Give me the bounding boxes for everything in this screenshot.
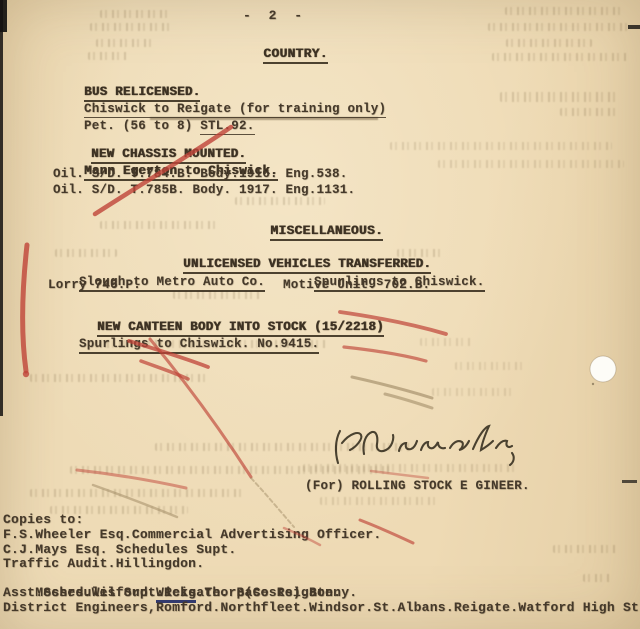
bleed-through-smudge: [70, 466, 390, 474]
bleed-through-smudge: [303, 464, 519, 472]
for-rolling-stock-engineer-line: (For) ROLLING STOCK E GINEER.: [305, 479, 530, 493]
bleed-through-smudge: [438, 160, 624, 168]
bleed-through-smudge: [488, 23, 630, 31]
unlicensed-left-vehicle: Lorry 746.P.: [48, 278, 141, 292]
scanned-memo-page: - 2 - COUNTRY. BUS RELICENSED. Chiswick …: [0, 0, 640, 629]
copies-recipient: C.J.Mays Esq. Schedules Supt.: [3, 543, 237, 557]
bleed-through-smudge: [100, 221, 216, 229]
bleed-through-smudge: [583, 574, 611, 582]
bleed-through-smudge: [100, 10, 170, 18]
scan-edge-dash: [622, 480, 637, 483]
bleed-through-smudge: [553, 545, 617, 553]
bleed-through-smudge: [320, 497, 436, 505]
bleed-through-smudge: [432, 388, 512, 396]
bleed-through-smudge: [96, 39, 154, 47]
handwritten-signature: [328, 423, 518, 478]
copies-recipient: Traffic Audit.Hillingdon.: [3, 557, 204, 571]
new-canteen-detail: Spurlings to Chiswick. No.9415.: [48, 323, 319, 365]
copies-recipient: District Engineers,Romford.Northfleet.Wi…: [3, 601, 640, 615]
scan-edge-dash: [628, 25, 640, 29]
bleed-through-smudge: [235, 197, 325, 205]
bleed-through-smudge: [505, 7, 625, 15]
bleed-through-smudge: [88, 52, 128, 60]
bleed-through-smudge: [506, 39, 592, 47]
copies-to-label: Copies to:: [3, 513, 84, 527]
unlicensed-right-vehicle: Motive Unit. 702.B.: [283, 278, 430, 292]
bleed-through-smudge: [90, 23, 172, 31]
miscellaneous-heading-text: MISCELLANEOUS.: [270, 223, 383, 241]
region-heading-text: COUNTRY.: [263, 46, 327, 64]
scan-edge-line: [0, 0, 3, 416]
bleed-through-smudge: [55, 249, 117, 257]
bleed-through-smudge: [500, 92, 620, 102]
punch-hole: [590, 356, 616, 382]
new-chassis-entry: Oil. S/D. T.785B. Body. 1917. Eng.1131.: [53, 183, 355, 197]
new-chassis-entry: Oil. S/D. T.784.B. Body.1916. Eng.538.: [53, 167, 348, 181]
red-vertical-stroke: [23, 245, 27, 371]
scan-edge-notch: [0, 0, 7, 32]
bleed-through-smudge: [455, 362, 525, 370]
new-canteen-detail-text: Spurlings to Chiswick. No.9415.: [79, 337, 319, 354]
bus-relicensed-detail-prefix: Pet. (56 to 8): [84, 119, 200, 133]
region-heading: COUNTRY.: [231, 33, 328, 75]
bleed-through-smudge: [390, 142, 612, 150]
bleed-through-smudge: [155, 443, 411, 451]
bleed-through-smudge: [30, 374, 208, 382]
copies-recipient: Asst.Schedules Supt.Reigate. Base Reigat…: [3, 586, 341, 600]
bleed-through-smudge: [492, 53, 628, 61]
bleed-through-smudge: [30, 489, 246, 497]
page-number: - 2 -: [243, 9, 307, 23]
bleed-through-smudge: [560, 108, 618, 116]
copies-recipient: F.S.Wheeler Esq.Commercial Advertising O…: [3, 528, 381, 542]
bleed-through-smudge: [420, 338, 472, 346]
